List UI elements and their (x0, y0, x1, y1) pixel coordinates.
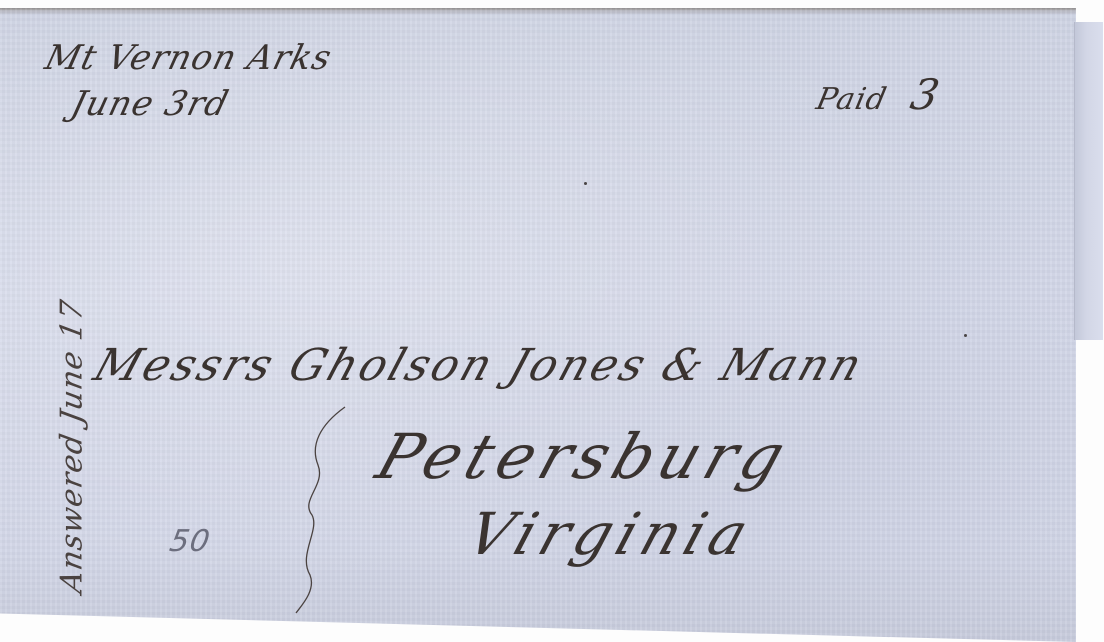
rate-label: Paid (813, 82, 890, 117)
paper-speck (584, 182, 587, 185)
paper-speck (964, 334, 967, 337)
address-brace-flourish (290, 405, 360, 615)
address-state: Virginia (459, 500, 762, 568)
rate-marking: Paid3 (813, 70, 945, 119)
address-city: Petersburg (368, 420, 799, 493)
addressee: Messrs Gholson Jones & Mann (88, 340, 871, 391)
pencil-notation: 50 (167, 524, 213, 559)
letter-scan: Mt Vernon Arks June 3rd Paid3 Answered J… (0, 0, 1104, 642)
folded-flap (1074, 22, 1103, 340)
origin-date: June 3rd (67, 84, 233, 124)
docket-notation: Answered June 17 (55, 297, 90, 596)
origin-town: Mt Vernon Arks (41, 38, 336, 78)
